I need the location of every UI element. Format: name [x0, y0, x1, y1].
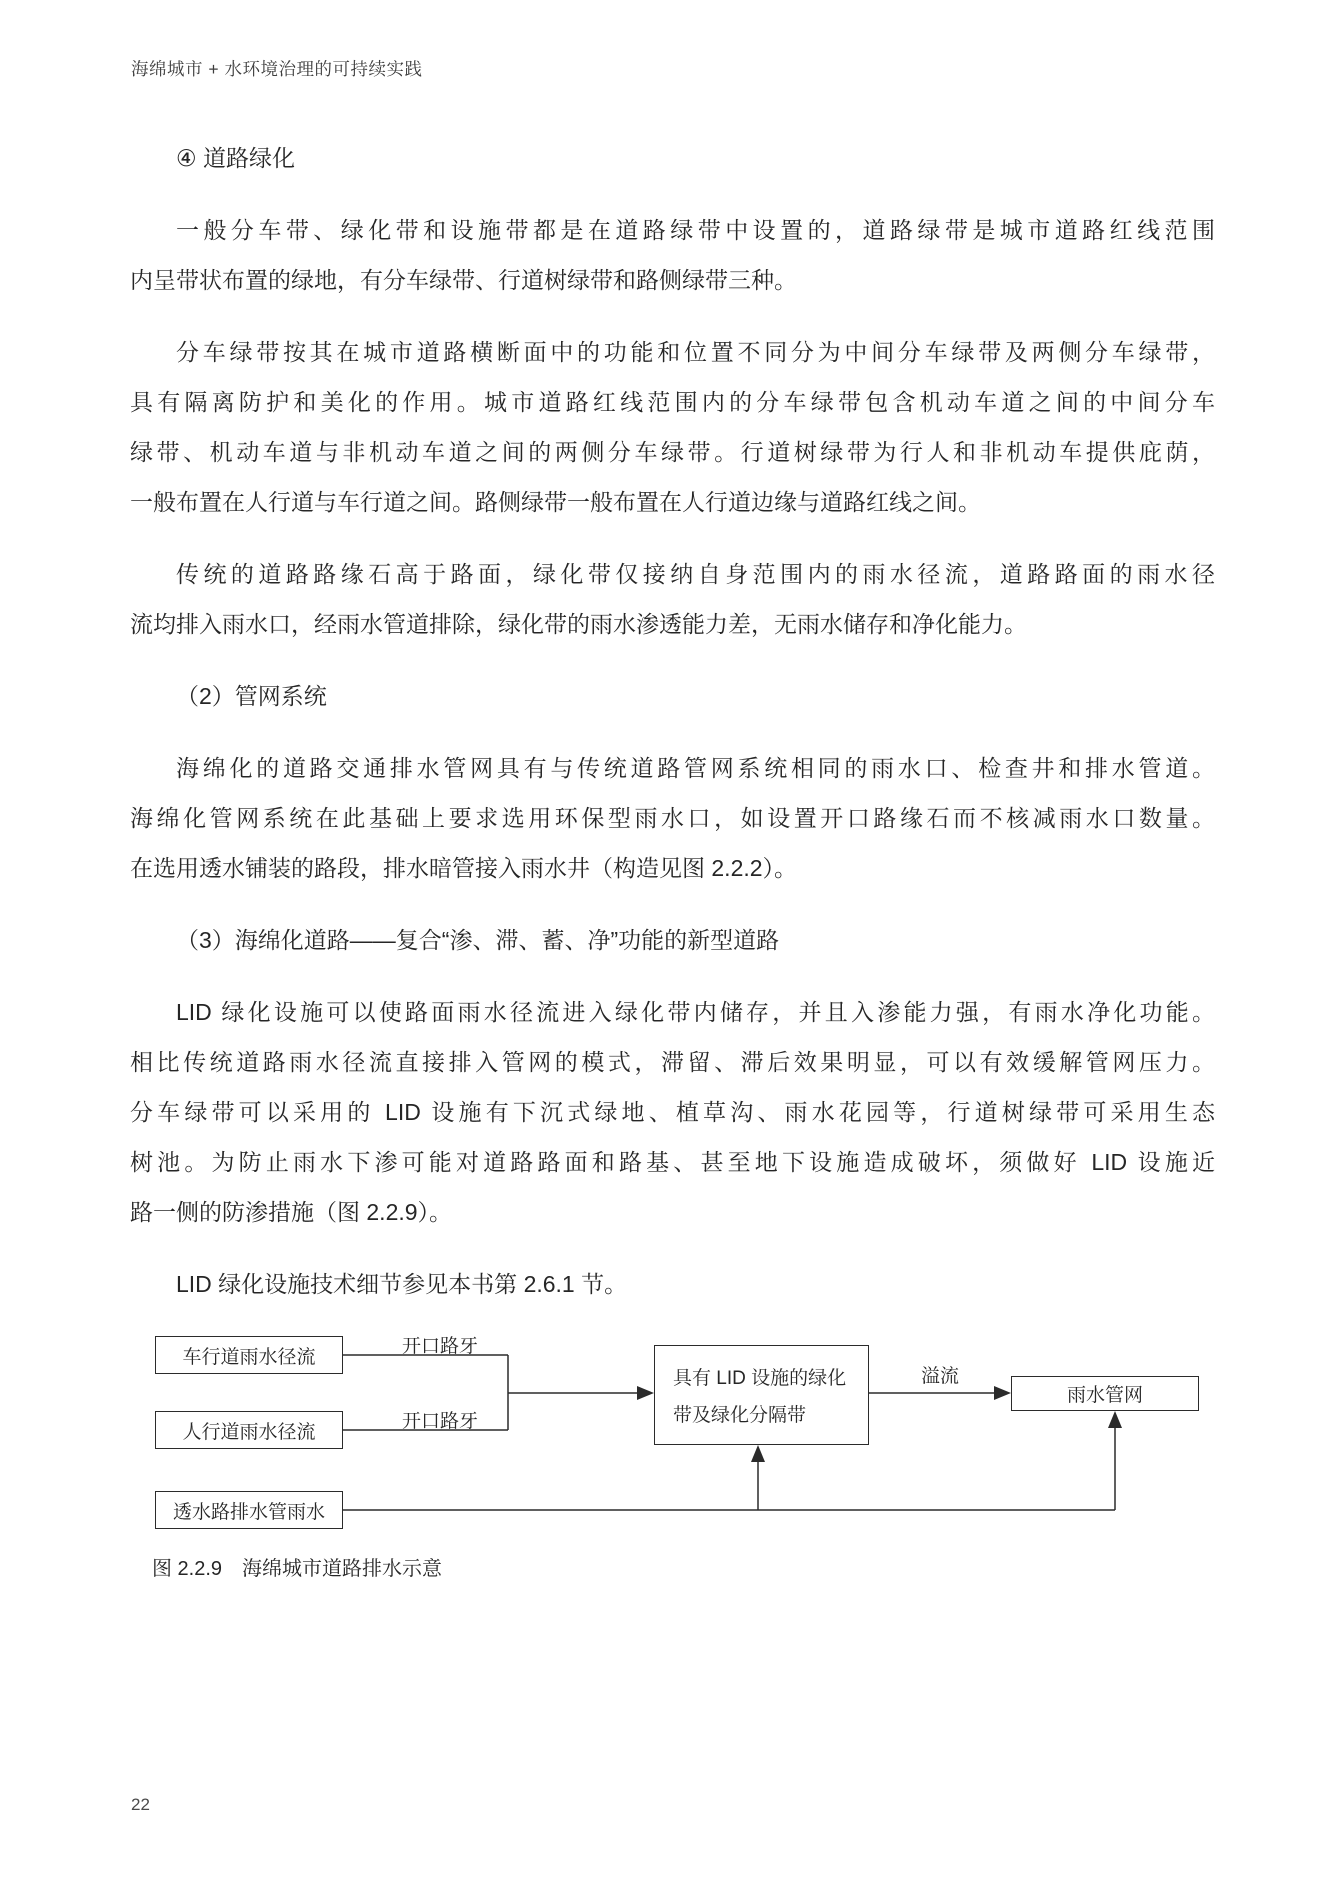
- paragraph-line: 海绵化管网系统在此基础上要求选用环保型雨水口，如设置开口路缘石而不核减雨水口数量…: [130, 793, 1215, 843]
- paragraph-line: 流均排入雨水口，经雨水管道排除，绿化带的雨水渗透能力差，无雨水储存和净化能力。: [130, 599, 1215, 649]
- paragraph-line: 路一侧的防渗措施（图 2.2.9）。: [130, 1187, 1215, 1237]
- paragraph-line: 一般布置在人行道与车行道之间。路侧绿带一般布置在人行道边缘与道路红线之间。: [130, 477, 1215, 527]
- section-heading: ④ 道路绿化: [130, 133, 1215, 183]
- flow-box-label: 车行道雨水径流: [182, 1342, 315, 1369]
- paragraph-line: LID 绿化设施可以使路面雨水径流进入绿化带内储存，并且入渗能力强，有雨水净化功…: [130, 987, 1215, 1037]
- page-header: 海绵城市 + 水环境治理的可持续实践: [131, 56, 422, 81]
- paragraph-line: 传统的道路路缘石高于路面，绿化带仅接纳自身范围内的雨水径流，道路路面的雨水径: [130, 549, 1215, 599]
- flow-box-lid-green-belt: 具有 LID 设施的绿化 带及绿化分隔带: [654, 1345, 869, 1445]
- paragraph-line: 在选用透水铺装的路段，排水暗管接入雨水井（构造见图 2.2.2）。: [130, 843, 1215, 893]
- paragraph: 传统的道路路缘石高于路面，绿化带仅接纳自身范围内的雨水径流，道路路面的雨水径 流…: [130, 549, 1215, 649]
- flow-label-curb-opening-2: 开口路牙: [370, 1406, 510, 1433]
- paragraph-line: 树池。为防止雨水下渗可能对道路路面和路基、甚至地下设施造成破坏，须做好 LID …: [130, 1137, 1215, 1187]
- flow-label-overflow: 溢流: [895, 1361, 985, 1388]
- flow-box-label: 透水路排水管雨水: [173, 1497, 325, 1524]
- flow-box-label: 雨水管网: [1067, 1380, 1143, 1407]
- paragraph-line: 绿带、机动车道与非机动车道之间的两侧分车绿带。行道树绿带为行人和非机动车提供庇荫…: [130, 427, 1215, 477]
- paragraph-line: 相比传统道路雨水径流直接排入管网的模式，滞留、滞后效果明显，可以有效缓解管网压力…: [130, 1037, 1215, 1087]
- paragraph: 一般分车带、绿化带和设施带都是在道路绿带中设置的，道路绿带是城市道路红线范围 内…: [130, 205, 1215, 305]
- paragraph-line: 海绵化的道路交通排水管网具有与传统道路管网系统相同的雨水口、检查井和排水管道。: [130, 743, 1215, 793]
- figure-caption: 图 2.2.9 海绵城市道路排水示意: [152, 1552, 1215, 1581]
- paragraph: 海绵化的道路交通排水管网具有与传统道路管网系统相同的雨水口、检查井和排水管道。 …: [130, 743, 1215, 893]
- document-body: ④ 道路绿化 一般分车带、绿化带和设施带都是在道路绿带中设置的，道路绿带是城市道…: [130, 120, 1215, 1581]
- flow-box-label: 具有 LID 设施的绿化: [673, 1360, 868, 1397]
- flow-box-label: 人行道雨水径流: [182, 1417, 315, 1444]
- paragraph-line: 分车绿带按其在城市道路横断面中的功能和位置不同分为中间分车绿带及两侧分车绿带，: [130, 327, 1215, 377]
- paragraph-line: 具有隔离防护和美化的作用。城市道路红线范围内的分车绿带包含机动车道之间的中间分车: [130, 377, 1215, 427]
- paragraph: LID 绿化设施技术细节参见本书第 2.6.1 节。: [130, 1259, 1215, 1309]
- arrowhead-right-icon: [994, 1386, 1011, 1400]
- flow-box-permeable-pipe-water: 透水路排水管雨水: [155, 1491, 343, 1529]
- flow-box-stormwater-network: 雨水管网: [1011, 1376, 1199, 1411]
- arrowhead-right-icon: [637, 1386, 654, 1400]
- paragraph: LID 绿化设施可以使路面雨水径流进入绿化带内储存，并且入渗能力强，有雨水净化功…: [130, 987, 1215, 1237]
- page-number: 22: [131, 1795, 150, 1815]
- flow-box-pedestrian-runoff: 人行道雨水径流: [155, 1411, 343, 1449]
- paragraph: 分车绿带按其在城市道路横断面中的功能和位置不同分为中间分车绿带及两侧分车绿带， …: [130, 327, 1215, 527]
- flow-box-label: 带及绿化分隔带: [673, 1397, 868, 1434]
- arrowhead-up-icon: [751, 1445, 765, 1462]
- paragraph-line: 分车绿带可以采用的 LID 设施有下沉式绿地、植草沟、雨水花园等，行道树绿带可采…: [130, 1087, 1215, 1137]
- subsection-heading: （3）海绵化道路——复合“渗、滞、蓄、净”功能的新型道路: [130, 915, 1215, 965]
- paragraph-line: 内呈带状布置的绿地，有分车绿带、行道树绿带和路侧绿带三种。: [130, 255, 1215, 305]
- flow-box-vehicle-runoff: 车行道雨水径流: [155, 1336, 343, 1374]
- figure-diagram: 车行道雨水径流 人行道雨水径流 透水路排水管雨水 开口路牙 开口路牙 具有 LI…: [130, 1331, 1215, 1531]
- flow-label-curb-opening-1: 开口路牙: [370, 1331, 510, 1358]
- arrowhead-up-icon: [1108, 1411, 1122, 1428]
- paragraph-line: 一般分车带、绿化带和设施带都是在道路绿带中设置的，道路绿带是城市道路红线范围: [130, 205, 1215, 255]
- subsection-heading: （2）管网系统: [130, 671, 1215, 721]
